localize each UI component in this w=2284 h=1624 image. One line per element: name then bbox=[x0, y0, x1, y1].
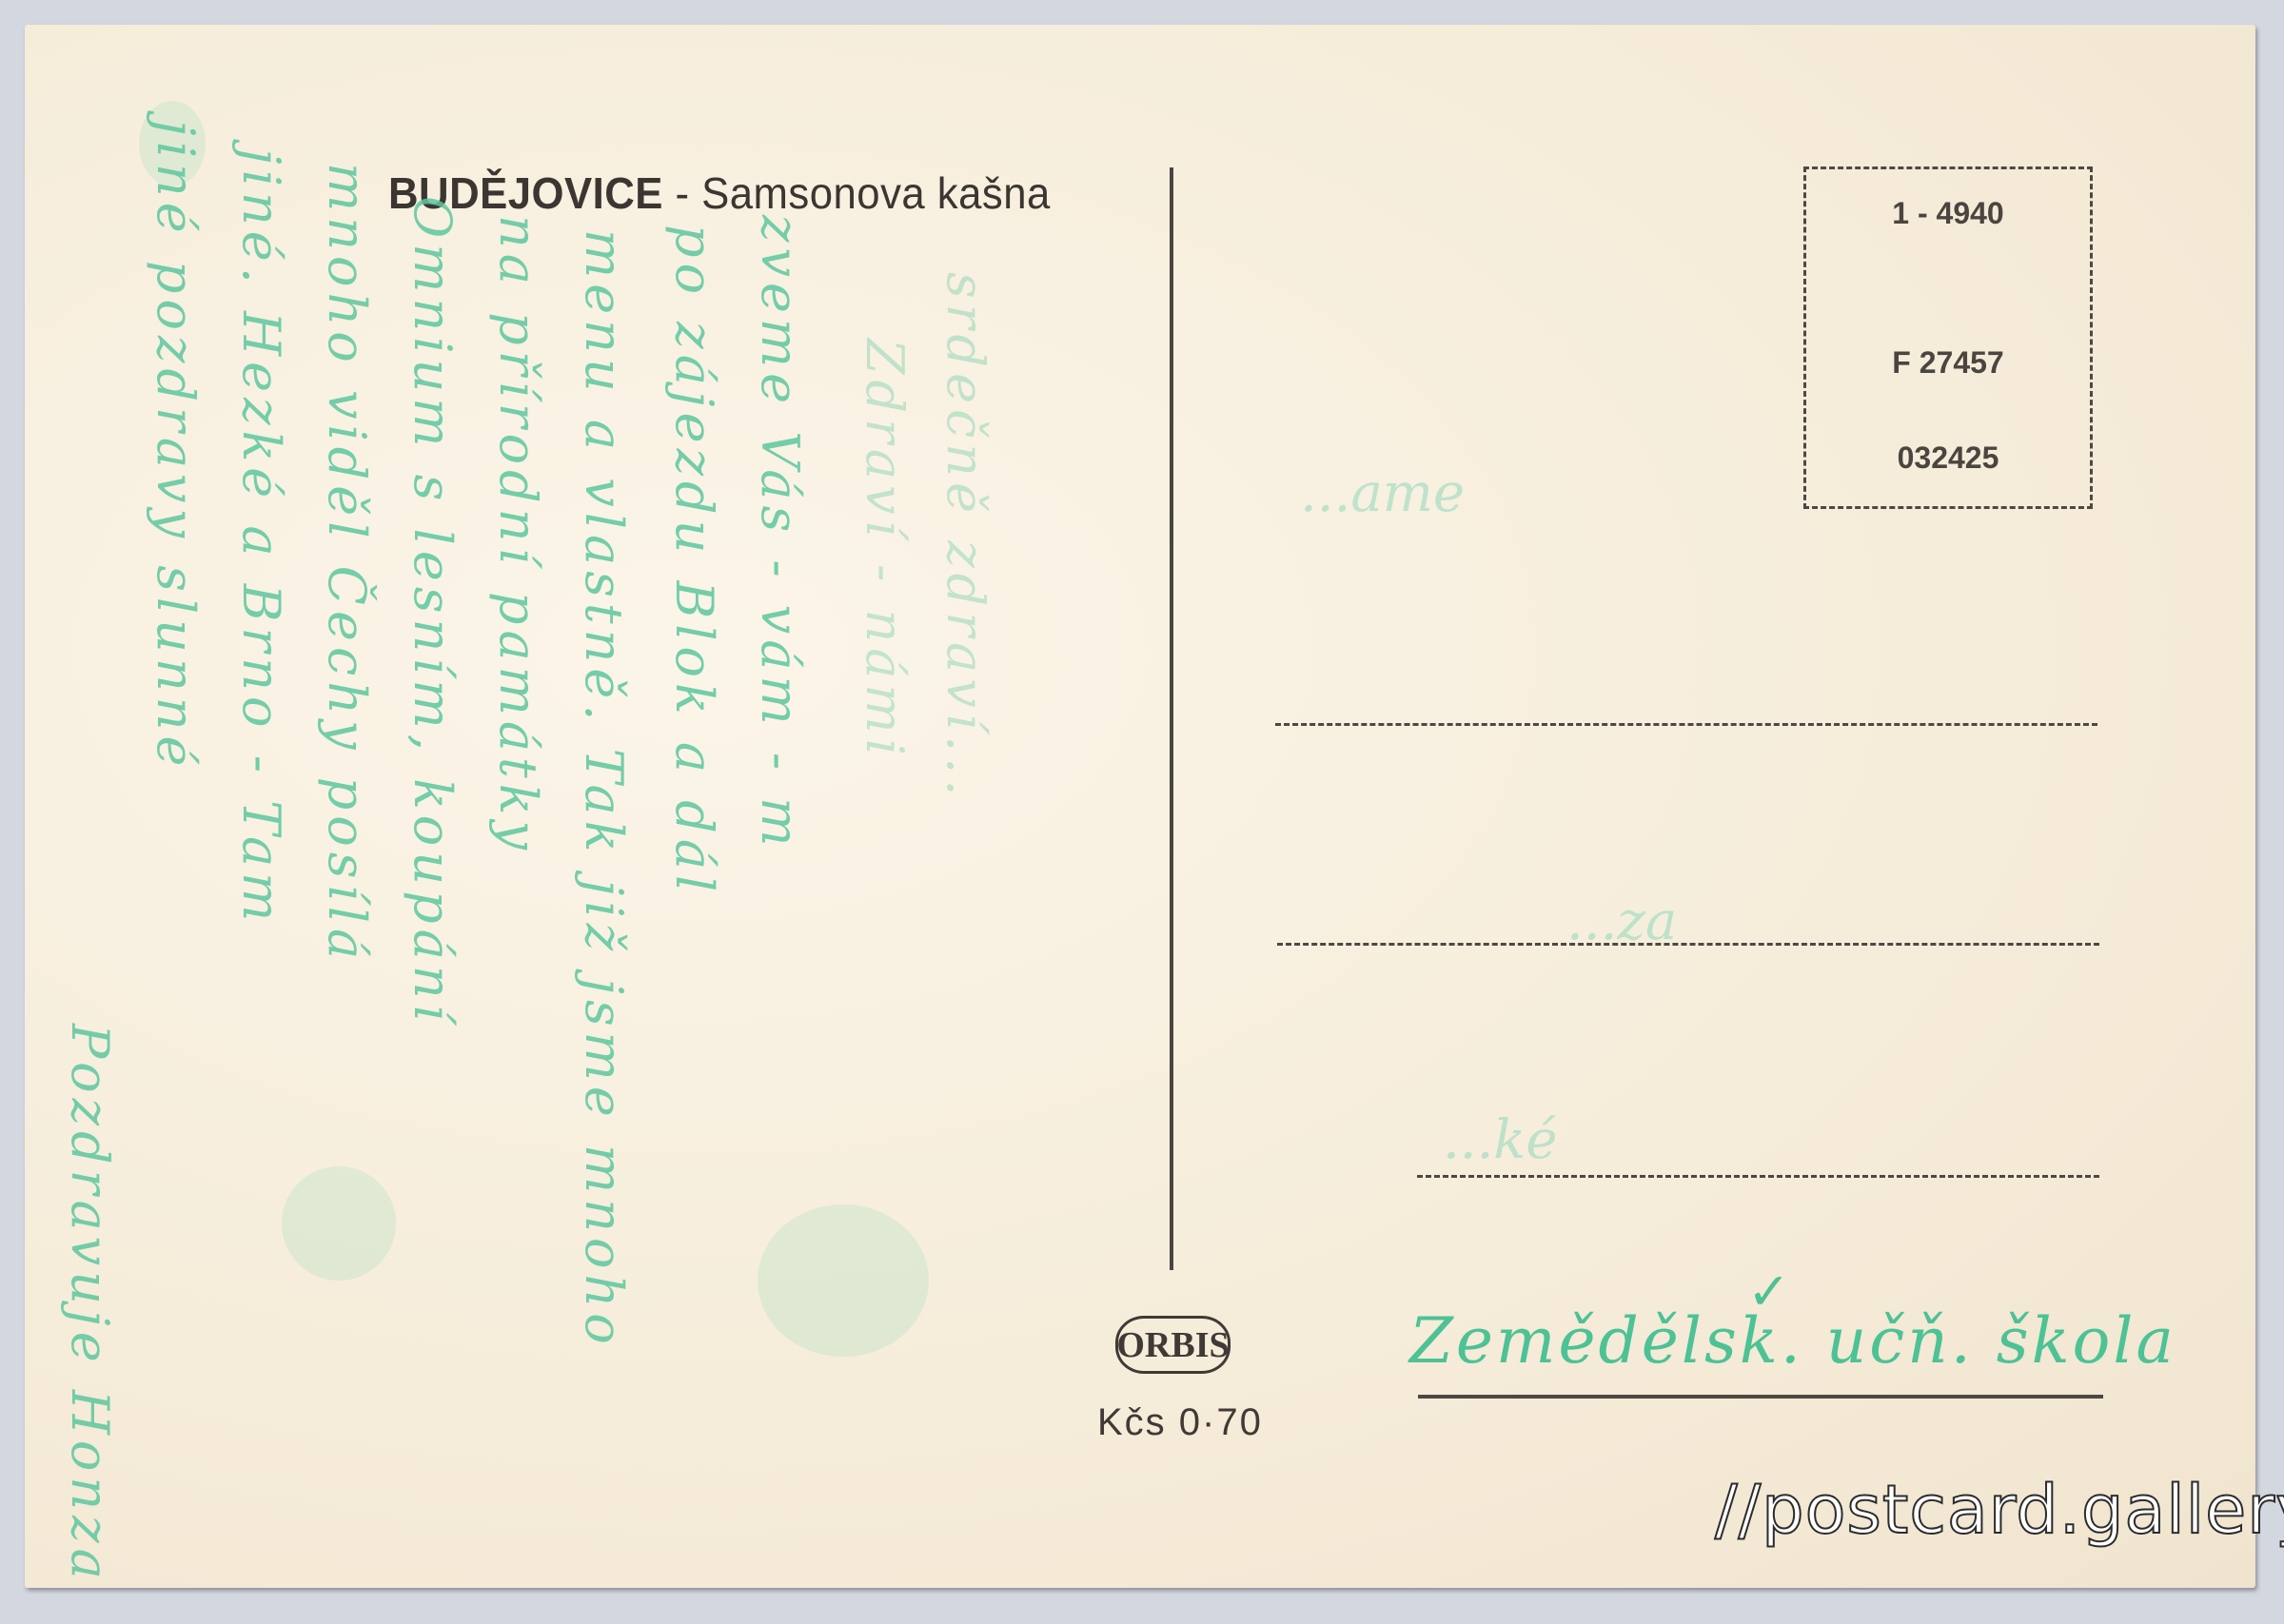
price-label: Kčs 0·70 bbox=[1097, 1401, 1263, 1444]
handwriting-line: po zájezdu Blok a dál bbox=[664, 225, 724, 897]
handwriting-signature: Pozdravuje Honza bbox=[60, 1024, 120, 1585]
ink-stain bbox=[758, 1204, 929, 1357]
handwriting-line: mnoho viděl Čechy posílá bbox=[317, 163, 377, 965]
handwriting-line: jiné. Hezké a Brno - Tam bbox=[231, 148, 291, 927]
title-separator: - bbox=[675, 168, 689, 218]
handwriting-line: na přírodní památky bbox=[488, 215, 548, 855]
orbis-logo: ORBIS bbox=[1115, 1316, 1231, 1374]
stamp-box: 1 - 4940 F 27457 032425 bbox=[1803, 166, 2093, 509]
postcard-gallery-watermark: //postcard.gallery bbox=[1715, 1471, 2284, 1549]
title-subject: Samsonova kašna bbox=[701, 168, 1051, 218]
address-line-1 bbox=[1275, 723, 2097, 726]
address-line-3 bbox=[1417, 1175, 2099, 1178]
faint-address-note: ...ké bbox=[1443, 1109, 1557, 1171]
ink-stain bbox=[282, 1166, 396, 1281]
message-address-divider bbox=[1170, 167, 1173, 1270]
address-recipient: Zemědělsk. učň. škola bbox=[1409, 1304, 2176, 1378]
handwriting-line: menu a vlastně. Tak již jsme mnoho bbox=[574, 229, 634, 1350]
handwriting-line: Zdraví - námi bbox=[855, 339, 915, 761]
stamp-code-line3: 032425 bbox=[1806, 440, 2090, 476]
handwriting-line: srdečně zdraví... bbox=[935, 272, 995, 802]
address-line-4 bbox=[1418, 1395, 2103, 1399]
postcard-back: BUDĚJOVICE - Samsonova kašna srdečně zdr… bbox=[25, 25, 2255, 1588]
postcard-title: BUDĚJOVICE - Samsonova kašna bbox=[388, 167, 1051, 219]
handwriting-line: jiné pozdravy slunné bbox=[146, 120, 206, 772]
stamp-code-line2: F 27457 bbox=[1806, 345, 2090, 381]
faint-address-note: ...ame bbox=[1300, 462, 1465, 524]
address-line-2 bbox=[1277, 943, 2099, 946]
handwriting-line: Omnium s lesním, koupání bbox=[403, 196, 463, 1027]
handwriting-line: zveme Vás - vám - m bbox=[750, 215, 810, 851]
stamp-code-line1: 1 - 4940 bbox=[1806, 196, 2090, 231]
